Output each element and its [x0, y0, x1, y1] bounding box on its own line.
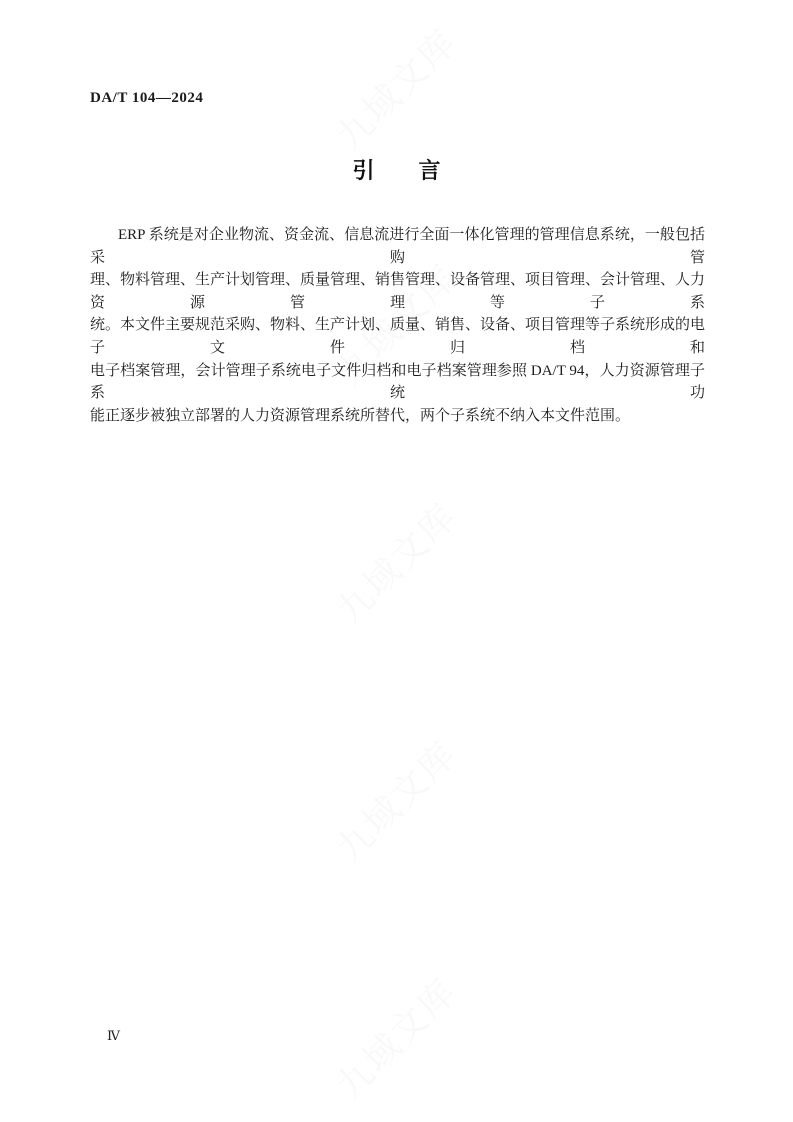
watermark-text: 九域文库: [323, 16, 467, 160]
paragraph-line: 统。本文件主要规范采购、物料、生产计划、质量、销售、设备、项目管理等子系统形成的…: [90, 314, 705, 359]
standard-doc-code: DA/T 104—2024: [90, 90, 203, 107]
watermark-text: 九域文库: [323, 728, 467, 872]
watermark-text: 九域文库: [323, 490, 467, 634]
paragraph-line: 电子档案管理，会计管理子系统电子文件归档和电子档案管理参照 DA/T 94，人力…: [90, 360, 705, 405]
paragraph-line: ERP 系统是对企业物流、资金流、信息流进行全面一体化管理的管理信息系统，一般包…: [90, 224, 705, 269]
paragraph-line: 理、物料管理、生产计划管理、质量管理、销售管理、设备管理、项目管理、会计管理、人…: [90, 269, 705, 314]
watermark-text: 九域文库: [323, 965, 467, 1109]
document-page: 九域文库 九域文库 九域文库 九域文库 九域文库 DA/T 104—2024 引…: [0, 0, 793, 1122]
page-number: Ⅳ: [107, 1029, 120, 1044]
paragraph-line: 能正逐步被独立部署的人力资源管理系统所替代，两个子系统不纳入本文件范围。: [90, 405, 705, 428]
intro-paragraph: ERP 系统是对企业物流、资金流、信息流进行全面一体化管理的管理信息系统，一般包…: [90, 224, 705, 427]
page-title: 引 言: [0, 157, 793, 185]
